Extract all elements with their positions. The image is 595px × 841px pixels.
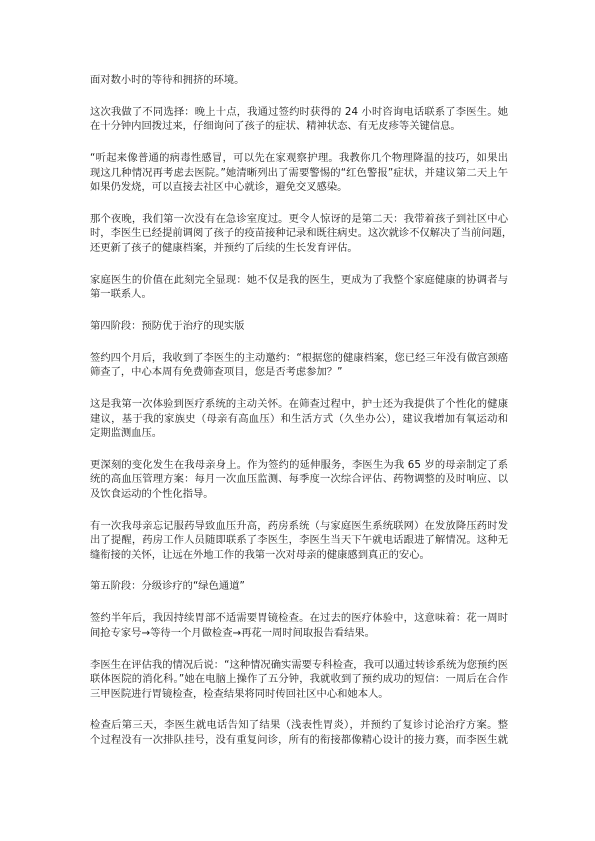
text-line: 现这几种情况再考虑去医院。”她清晰列出了需要警惕的“红色警报”症状，并建议第二天… bbox=[90, 166, 508, 181]
paragraph-next-day: 那个夜晚，我们第一次没有在急诊室度过。更令人惊讶的是第二天：我带着孩子到社区中心… bbox=[90, 212, 508, 256]
text-line: 定期监测血压。 bbox=[90, 426, 508, 441]
text-line: 建议，基于我的家族史（母亲有高血压）和生活方式（久坐办公），建议我增加有氧运动和 bbox=[90, 412, 508, 427]
paragraph-family-doctor-value: 家庭医生的价值在此刻完全显现：她不仅是我的医生，更成为了我整个家庭健康的协调者与… bbox=[90, 273, 508, 302]
text-line: 统的高血压管理方案：每月一次血压监测、每季度一次综合评估、药物调整的及时响应、以 bbox=[90, 472, 508, 487]
document-page: 面对数小时的等待和拥挤的环境。 这次我做了不同选择：晚上十点，我通过签约时获得的… bbox=[0, 0, 595, 841]
document-body: 面对数小时的等待和拥挤的环境。 这次我做了不同选择：晚上十点，我通过签约时获得的… bbox=[90, 73, 508, 765]
text-line: 联体医院的消化科。”她在电脑上操作了五分钟，我就收到了预约成功的短信：一周后在合… bbox=[90, 672, 508, 687]
text-line: 时，李医生已经提前调阅了孩子的疫苗接种记录和既往病史。这次就诊不仅解决了当前问题… bbox=[90, 226, 508, 241]
heading-text: 第五阶段：分级诊疗的“绿色通道” bbox=[90, 579, 508, 594]
text-line: 有一次我母亲忘记服药导致血压升高，药房系统（与家庭医生系统联网）在发放降压药时发 bbox=[90, 519, 508, 534]
text-line: 更深刻的变化发生在我母亲身上。作为签约的延伸服务，李医生为我 65 岁的母亲制定… bbox=[90, 458, 508, 473]
text-line: 筛查了，中心本周有免费筛查项目，您是否考虑参加？” bbox=[90, 365, 508, 380]
text-line: 在十分钟内回拨过来，仔细询问了孩子的症状、精神状态、有无皮疹等关键信息。 bbox=[90, 119, 508, 134]
paragraph-gastroscopy-need: 签约半年后，我因持续胃部不适需要胃镜检查。在过去的医疗体验中，这意味着：花一周时… bbox=[90, 611, 508, 640]
text-line: 第一联系人。 bbox=[90, 287, 508, 302]
text-line: 签约四个月后，我收到了李医生的主动邀约：“根据您的健康档案，您已经三年没有做宫颈… bbox=[90, 351, 508, 366]
text-line: “听起来像普通的病毒性感冒，可以先在家观察护理。我教你几个物理降温的技巧，如果出 bbox=[90, 151, 508, 166]
paragraph-proactive-care: 这是我第一次体验到医疗系统的主动关怀。在筛查过程中，护士还为我提供了个性化的健康… bbox=[90, 397, 508, 441]
paragraph-doctor-advice: “听起来像普通的病毒性感冒，可以先在家观察护理。我教你几个物理降温的技巧，如果出… bbox=[90, 151, 508, 195]
text-line: 出了提醒，药房工作人员随即联系了李医生，李医生当天下午就电话跟进了解情况。这种无 bbox=[90, 533, 508, 548]
paragraph-screening-invite: 签约四个月后，我收到了李医生的主动邀约：“根据您的健康档案，您已经三年没有做宫颈… bbox=[90, 351, 508, 380]
text-line: 李医生在评估我的情况后说：“这种情况确实需要专科检查，我可以通过转诊系统为您预约… bbox=[90, 658, 508, 673]
section-heading-stage-four: 第四阶段：预防优于治疗的现实版 bbox=[90, 319, 508, 334]
paragraph-referral: 李医生在评估我的情况后说：“这种情况确实需要专科检查，我可以通过转诊系统为您预约… bbox=[90, 658, 508, 702]
heading-text: 第四阶段：预防优于治疗的现实版 bbox=[90, 319, 508, 334]
section-heading-stage-five: 第五阶段：分级诊疗的“绿色通道” bbox=[90, 579, 508, 594]
text-line: 这是我第一次体验到医疗系统的主动关怀。在筛查过程中，护士还为我提供了个性化的健康 bbox=[90, 397, 508, 412]
paragraph-mother-hypertension: 更深刻的变化发生在我母亲身上。作为签约的延伸服务，李医生为我 65 岁的母亲制定… bbox=[90, 458, 508, 502]
text-line: 那个夜晚，我们第一次没有在急诊室度过。更令人惊讶的是第二天：我带着孩子到社区中心 bbox=[90, 212, 508, 227]
text-line: 检查后第三天，李医生就电话告知了结果（浅表性胃炎），并预约了复诊讨论治疗方案。整 bbox=[90, 718, 508, 733]
text-line: 签约半年后，我因持续胃部不适需要胃镜检查。在过去的医疗体验中，这意味着：花一周时 bbox=[90, 611, 508, 626]
text-line: 面对数小时的等待和拥挤的环境。 bbox=[90, 73, 508, 88]
paragraph-pharmacy-alert: 有一次我母亲忘记服药导致血压升高，药房系统（与家庭医生系统联网）在发放降压药时发… bbox=[90, 519, 508, 563]
text-line: 缝衔接的关怀，让远在外地工作的我第一次对母亲的健康感到真正的安心。 bbox=[90, 548, 508, 563]
text-line: 这次我做了不同选择：晚上十点，我通过签约时获得的 24 小时咨询电话联系了李医生… bbox=[90, 105, 508, 120]
text-line: 如果仍发烧，可以直接去社区中心就诊，避免交叉感染。 bbox=[90, 180, 508, 195]
paragraph-continuation: 面对数小时的等待和拥挤的环境。 bbox=[90, 73, 508, 88]
text-line: 还更新了孩子的健康档案，并预约了后续的生长发育评估。 bbox=[90, 241, 508, 256]
paragraph-follow-up: 检查后第三天，李医生就电话告知了结果（浅表性胃炎），并预约了复诊讨论治疗方案。整… bbox=[90, 718, 508, 747]
text-line: 三甲医院进行胃镜检查，检查结果将同时传回社区中心和她本人。 bbox=[90, 687, 508, 702]
text-line: 间抢专家号→等待一个月做检查→再花一周时间取报告看结果。 bbox=[90, 626, 508, 641]
text-line: 个过程没有一次排队挂号，没有重复问诊，所有的衔接都像精心设计的接力赛，而李医生就 bbox=[90, 733, 508, 748]
paragraph-night-call: 这次我做了不同选择：晚上十点，我通过签约时获得的 24 小时咨询电话联系了李医生… bbox=[90, 105, 508, 134]
text-line: 家庭医生的价值在此刻完全显现：她不仅是我的医生，更成为了我整个家庭健康的协调者与 bbox=[90, 273, 508, 288]
text-line: 及饮食运动的个性化指导。 bbox=[90, 487, 508, 502]
